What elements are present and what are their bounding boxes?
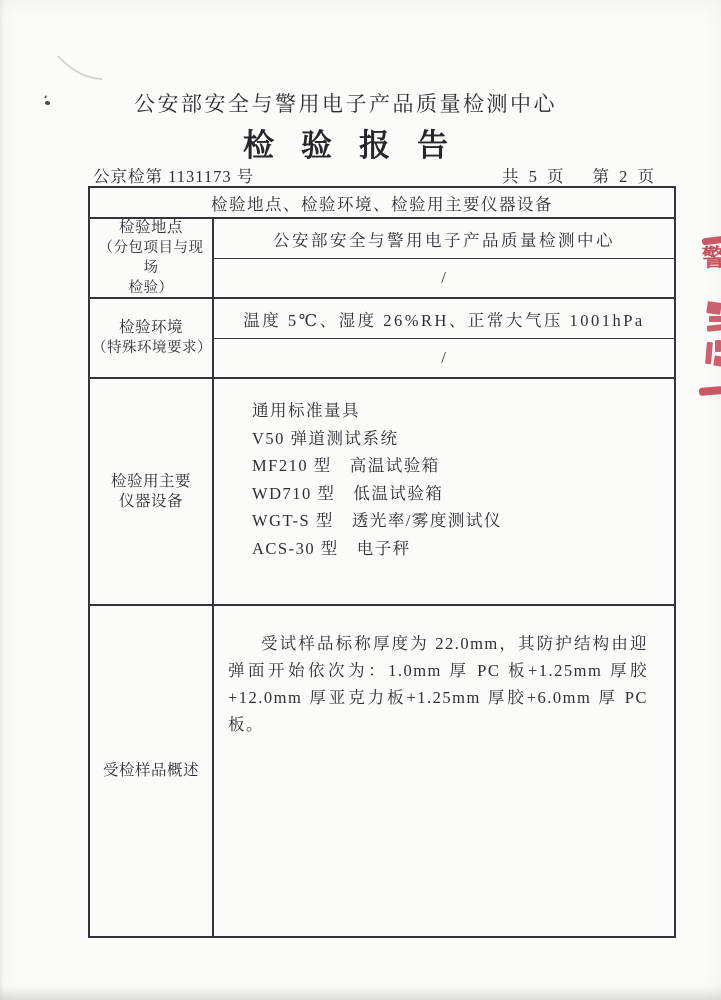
equipment-item: V50 弹道测试系统 [252,425,674,453]
location-subcontract-value: / [214,259,674,297]
equipment-item: ACS-30 型 电子秤 [252,535,674,563]
equipment-item: WD710 型 低温试验箱 [252,480,674,508]
stamp-fragment-blob [706,340,721,368]
location-value-cell: 公安部安全与警用电子产品质量检测中心 / [214,219,674,297]
org-title: 公安部安全与警用电子产品质量检测中心 [0,88,691,118]
equipment-item: MF210 型 高温试验箱 [252,452,674,480]
label-line: 检验地点 [119,218,183,238]
report-title: 检验报告 [0,120,691,165]
table-row-equipment: 检验用主要 仪器设备 通用标准量具 V50 弹道测试系统 MF210 型 高温试… [90,379,674,606]
environment-label-cell: 检验环境 （特殊环境要求） [90,299,214,377]
sample-value-cell: 受试样品标称厚度为 22.0mm，其防护结构由迎弹面开始依次为：1.0mm 厚 … [214,606,674,936]
stamp-fragment-dash [702,236,721,246]
stamp-fragment-blob [707,302,721,332]
scanned-report-page: 公安部安全与警用电子产品质量检测中心 检验报告 公京检第 1131173 号 共… [0,0,721,1000]
stamp-fragment-dash [699,386,721,396]
label-line: （特殊环境要求） [92,338,210,358]
sample-description: 受试样品标称厚度为 22.0mm，其防护结构由迎弹面开始依次为：1.0mm 厚 … [214,606,674,738]
doc-number: 公京检第 1131173 号 [93,163,254,187]
scan-crease-artifact [40,42,120,92]
label-line: 检验环境 [119,318,183,338]
pages-total: 共 5 页 [502,163,567,187]
equipment-item: 通用标准量具 [252,397,674,425]
table-section-header: 检验地点、检验环境、检验用主要仪器设备 [90,188,674,219]
stamp-fragment-char: 警 [702,246,721,273]
environment-special-value: / [214,339,674,377]
equipment-label-cell: 检验用主要 仪器设备 [90,379,214,604]
label-line: 仪器设备 [119,492,183,512]
environment-value: 温度 5℃、湿度 26%RH、正常大气压 1001hPa [214,299,674,339]
page-info: 共 5 页 第 2 页 [502,163,657,187]
label-line: （分包项目与现场 [92,238,210,278]
location-value: 公安部安全与警用电子产品质量检测中心 [214,219,674,259]
sample-label-cell: 受检样品概述 [90,606,214,936]
location-label-cell: 检验地点 （分包项目与现场 检验） [90,219,214,297]
table-row-location: 检验地点 （分包项目与现场 检验） 公安部安全与警用电子产品质量检测中心 / [90,219,674,299]
equipment-value-cell: 通用标准量具 V50 弹道测试系统 MF210 型 高温试验箱 WD710 型 … [214,379,674,604]
label-line: 检验用主要 [111,472,191,492]
table-row-sample-overview: 受检样品概述 受试样品标称厚度为 22.0mm，其防护结构由迎弹面开始依次为：1… [90,606,674,936]
equipment-list: 通用标准量具 V50 弹道测试系统 MF210 型 高温试验箱 WD710 型 … [214,379,674,562]
equipment-item: WGT-S 型 透光率/雾度测试仪 [252,507,674,535]
report-table: 检验地点、检验环境、检验用主要仪器设备 检验地点 （分包项目与现场 检验） 公安… [88,186,676,938]
document-meta-row: 公京检第 1131173 号 共 5 页 第 2 页 [0,163,721,187]
table-row-environment: 检验环境 （特殊环境要求） 温度 5℃、湿度 26%RH、正常大气压 1001h… [90,299,674,379]
label-line: 受检样品概述 [103,761,199,781]
environment-value-cell: 温度 5℃、湿度 26%RH、正常大气压 1001hPa / [214,299,674,377]
page-current: 第 2 页 [593,163,658,187]
label-line: 检验） [129,278,174,298]
